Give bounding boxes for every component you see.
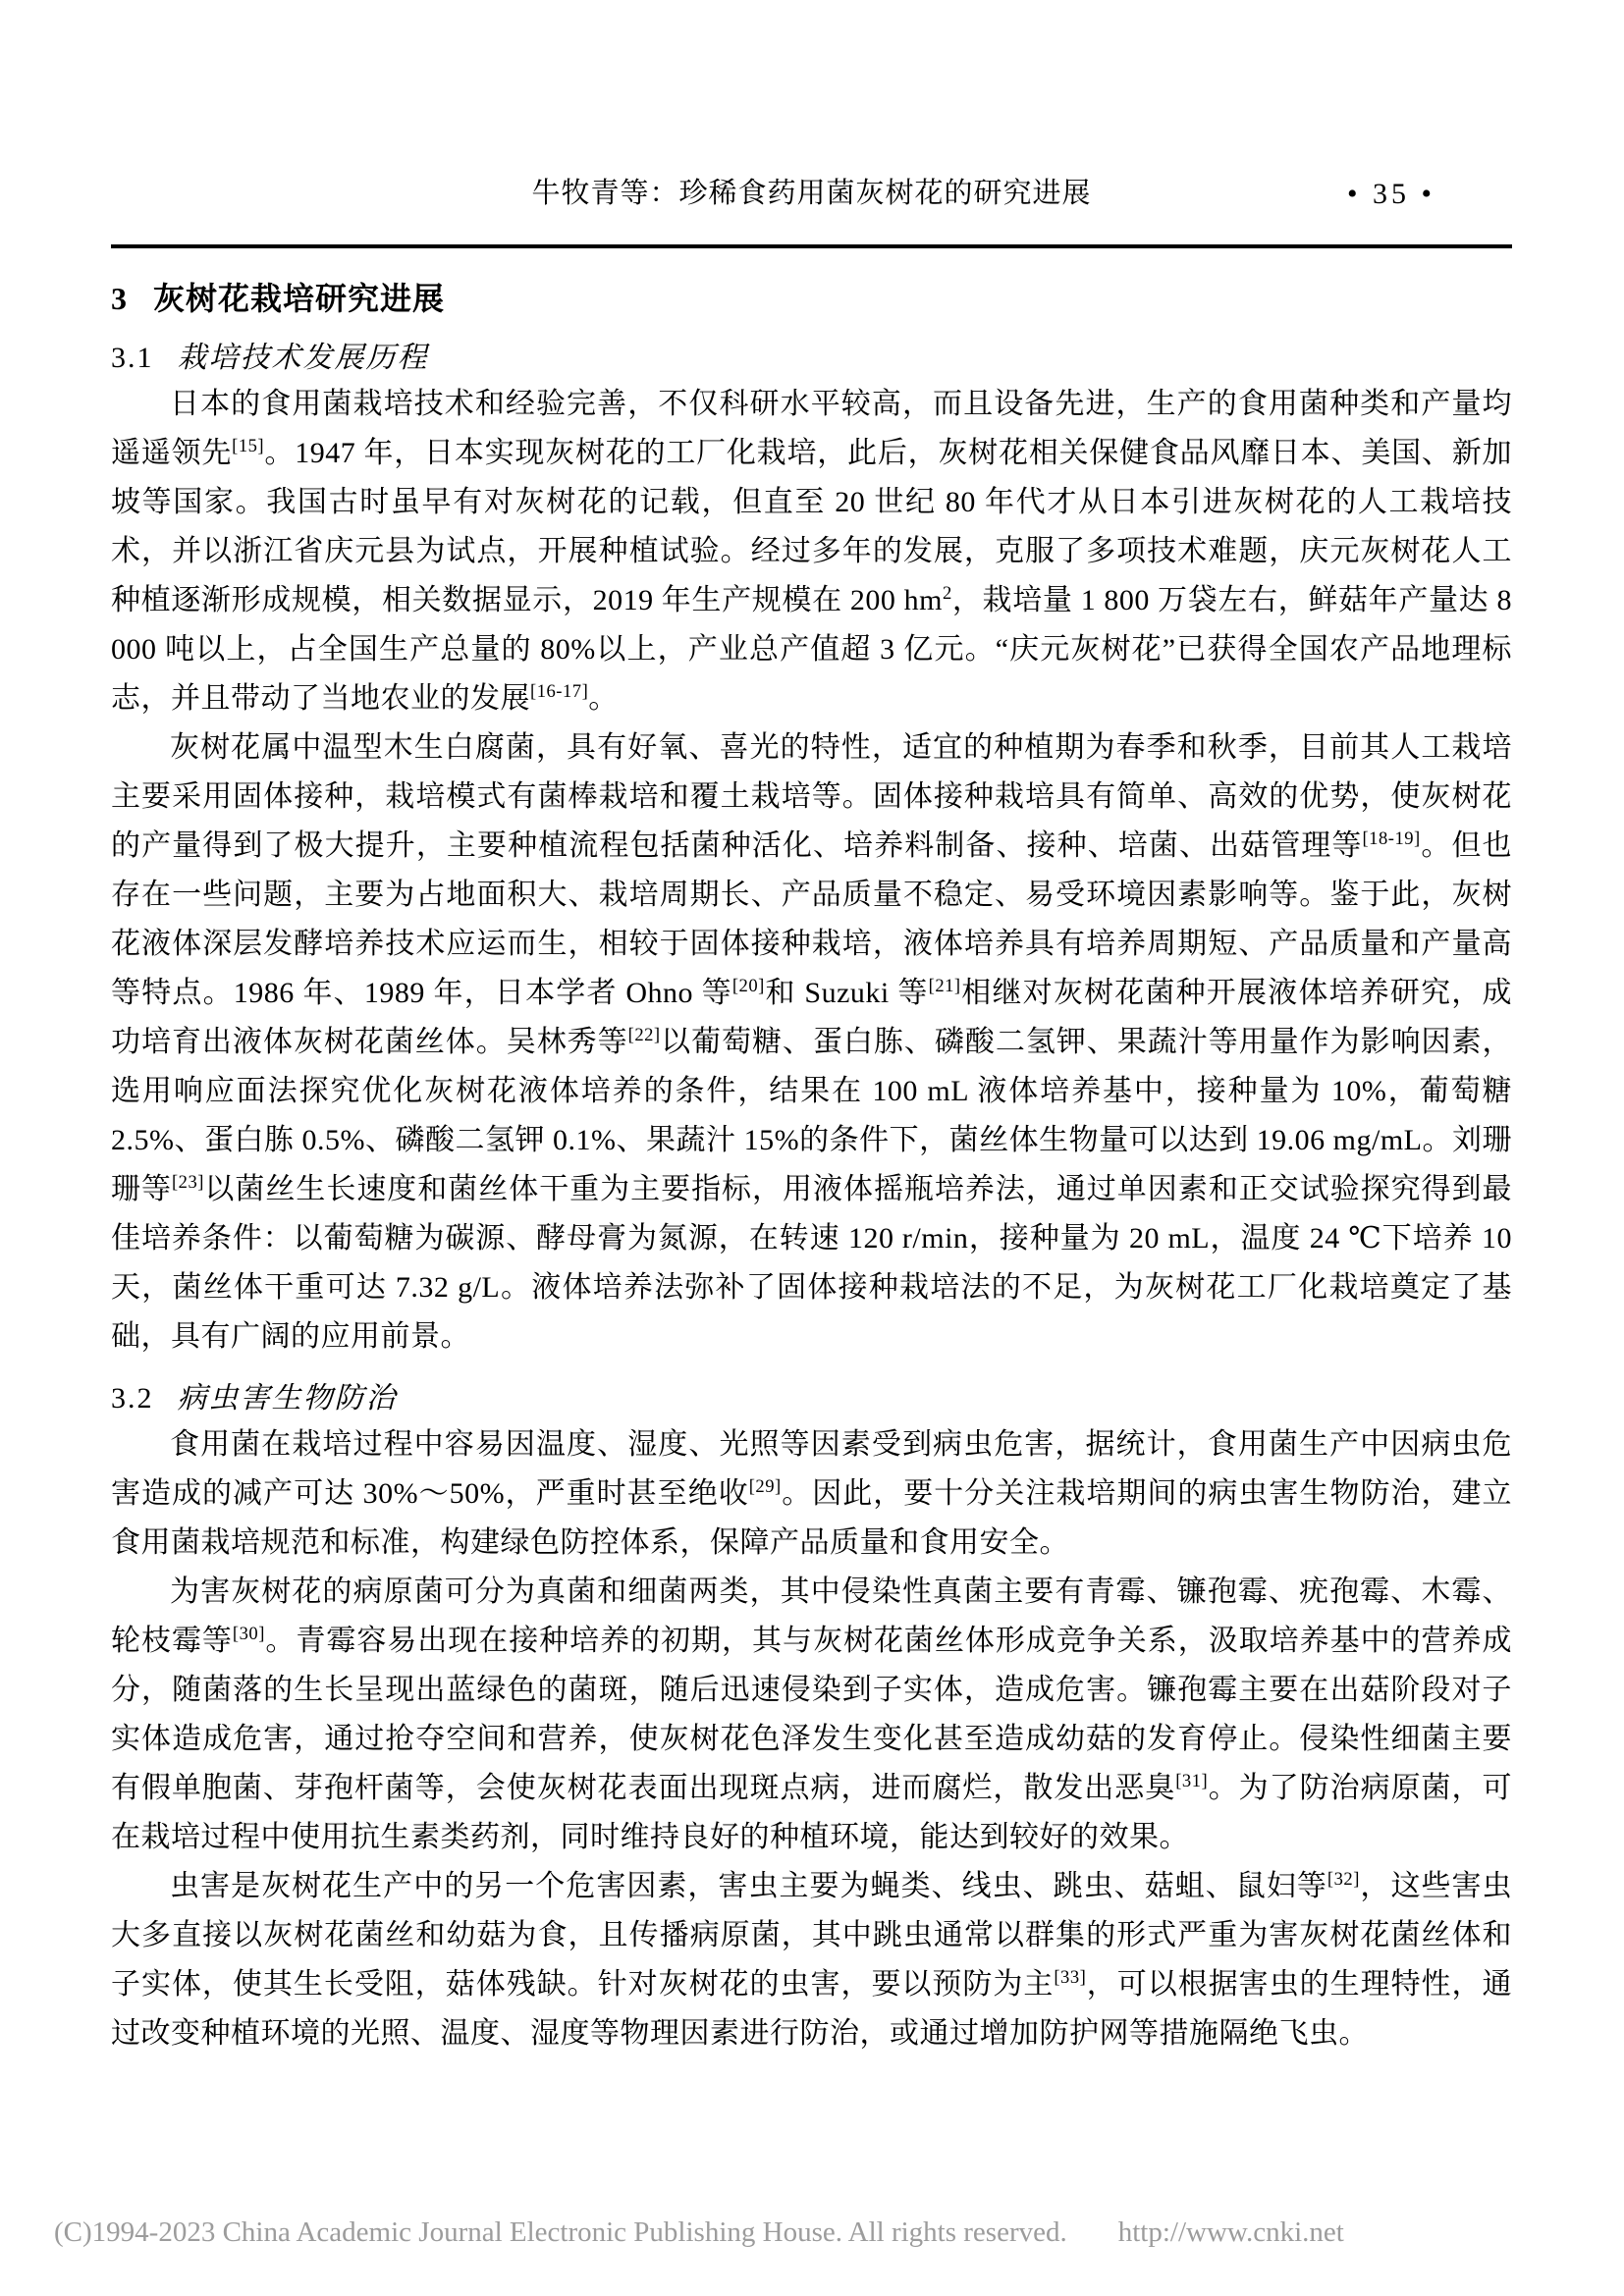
reference-superscript: [32] — [1327, 1869, 1360, 1890]
reference-superscript: [29] — [749, 1476, 782, 1497]
subsection-number: 3.1 — [111, 342, 154, 374]
section-heading-3: 3灰树花栽培研究进展 — [111, 276, 1512, 321]
paragraph: 虫害是灰树花生产中的另一个危害因素，害虫主要为蝇类、线虫、跳虫、菇蛆、鼠妇等[3… — [111, 1862, 1512, 2058]
page-footer: (C)1994-2023 China Academic Journal Elec… — [54, 2216, 1570, 2249]
paragraph: 灰树花属中温型木生白腐菌，具有好氧、喜光的特性，适宜的种植期为春季和秋季，目前其… — [111, 723, 1512, 1362]
journal-page: 牛牧青等：珍稀食药用菌灰树花的研究进展 • 35 • 3灰树花栽培研究进展 3.… — [0, 0, 1624, 2296]
subsection-title: 病虫害生物防治 — [178, 1382, 398, 1415]
reference-superscript: [20] — [732, 976, 765, 996]
paragraph: 食用菌在栽培过程中容易因温度、湿度、光照等因素受到病虫危害，据统计，食用菌生产中… — [111, 1420, 1512, 1568]
article-body: 3灰树花栽培研究进展 3.1栽培技术发展历程 日本的食用菌栽培技术和经验完善，不… — [111, 248, 1512, 2058]
reference-superscript: [15] — [232, 436, 264, 456]
reference-superscript: [16-17] — [530, 681, 588, 702]
paragraph: 为害灰树花的病原菌可分为真菌和细菌两类，其中侵染性真菌主要有青霉、镰孢霉、疣孢霉… — [111, 1568, 1512, 1862]
section-title: 灰树花栽培研究进展 — [153, 281, 445, 316]
reference-superscript: 2 — [943, 583, 952, 604]
section-number: 3 — [111, 281, 128, 316]
reference-superscript: [23] — [172, 1172, 204, 1193]
reference-superscript: [31] — [1175, 1771, 1208, 1791]
page-header: 牛牧青等：珍稀食药用菌灰树花的研究进展 • 35 • — [111, 0, 1512, 248]
paragraph: 日本的食用菌栽培技术和经验完善，不仅科研水平较高，而且设备先进，生产的食用菌种类… — [111, 380, 1512, 723]
subsection-heading-3-1: 3.1栽培技术发展历程 — [111, 337, 1512, 380]
page-number: • 35 • — [1347, 178, 1435, 211]
reference-superscript: [22] — [628, 1025, 661, 1045]
reference-superscript: [33] — [1054, 1967, 1086, 1988]
reference-superscript: [18-19] — [1362, 828, 1420, 849]
subsection-heading-3-2: 3.2病虫害生物防治 — [111, 1377, 1512, 1420]
running-title: 牛牧青等：珍稀食药用菌灰树花的研究进展 — [111, 171, 1512, 211]
subsection-title: 栽培技术发展历程 — [178, 342, 429, 374]
reference-superscript: [30] — [233, 1624, 265, 1644]
subsection-number: 3.2 — [111, 1382, 154, 1415]
publisher-url: http://www.cnki.net — [1118, 2216, 1344, 2249]
reference-superscript: [21] — [929, 976, 961, 996]
copyright-notice: (C)1994-2023 China Academic Journal Elec… — [54, 2216, 1067, 2249]
